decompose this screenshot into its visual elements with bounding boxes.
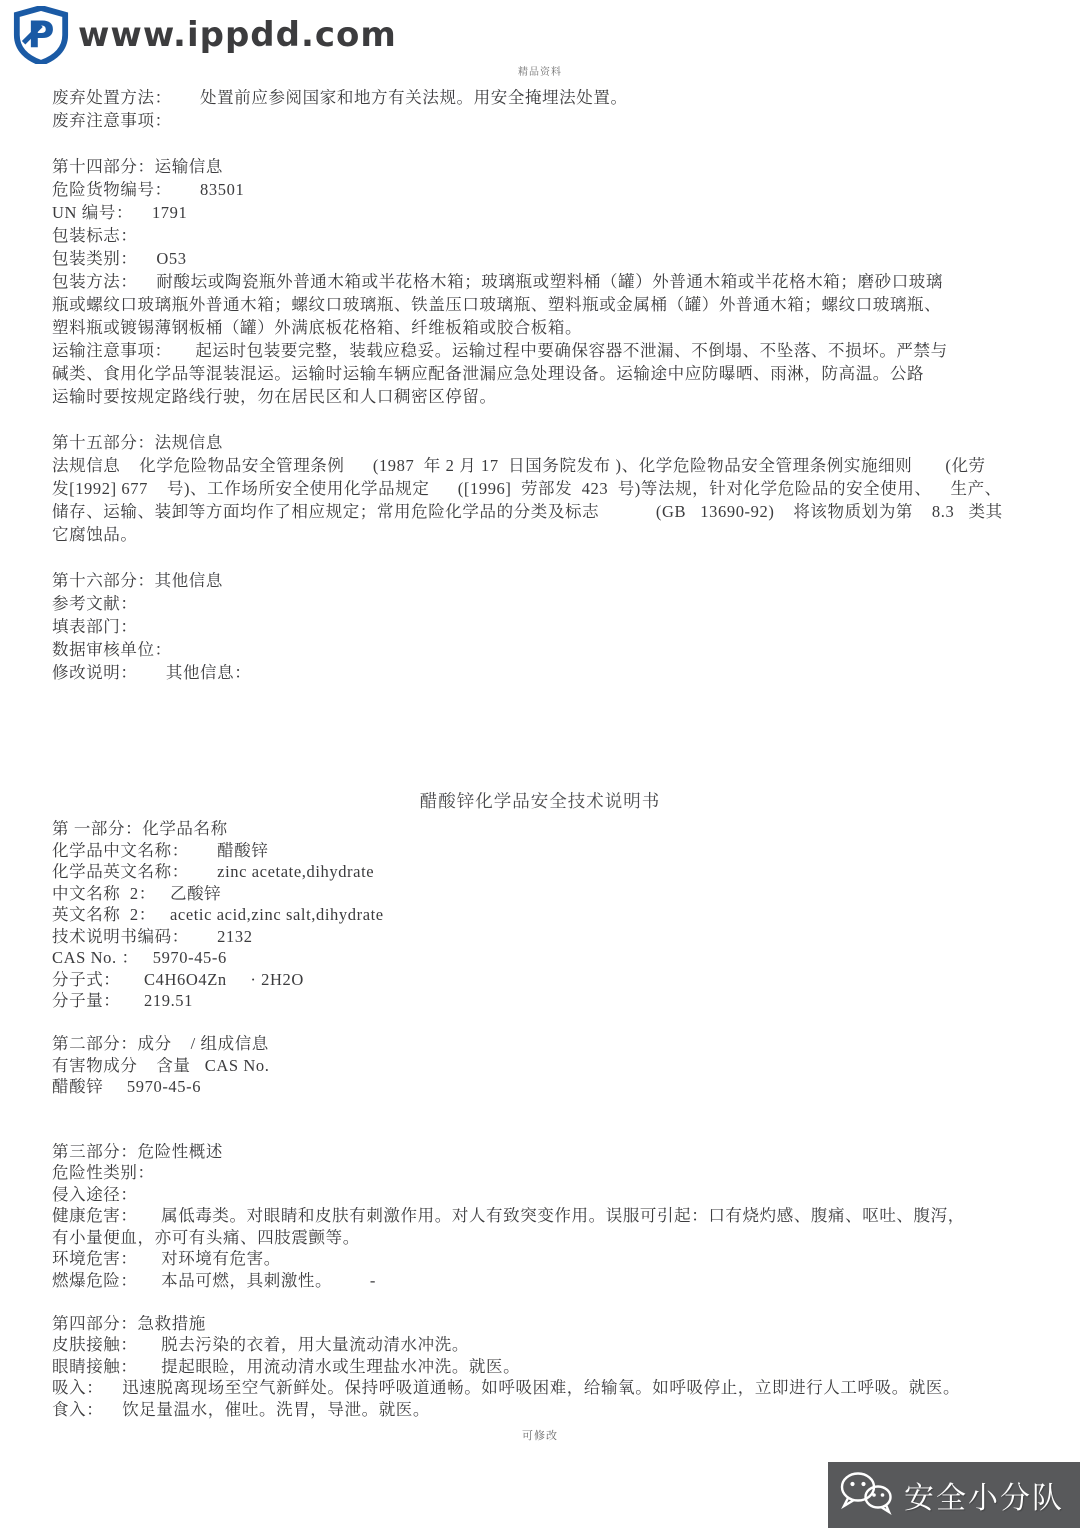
doc-line: 塑料瓶或镀锡薄钢板桶（罐）外满底板花格箱、纤维板箱或胶合板箱。 bbox=[52, 316, 1044, 339]
doc-line: 数据审核单位： bbox=[52, 638, 1044, 661]
doc-line: 参考文献： bbox=[52, 592, 1044, 615]
msds-page1-text: 废弃处置方法： 处置前应参阅国家和地方有关法规。用安全掩埋法处置。废弃注意事项：… bbox=[52, 86, 1044, 684]
site-logo: P www.ippdd.com bbox=[12, 6, 397, 64]
doc-line: 眼睛接触： 提起眼睑，用流动清水或生理盐水冲洗。就医。 bbox=[52, 1356, 1044, 1378]
doc-line bbox=[52, 1098, 1044, 1120]
doc-line: 运输时要按规定路线行驶，勿在居民区和人口稠密区停留。 bbox=[52, 385, 1044, 408]
doc-line: 第二部分：成分 / 组成信息 bbox=[52, 1033, 1044, 1055]
doc-line: 吸入： 迅速脱离现场至空气新鲜处。保持呼吸道通畅。如呼吸困难，给输氧。如呼吸停止… bbox=[52, 1377, 1044, 1399]
doc-line: 第三部分：危险性概述 bbox=[52, 1141, 1044, 1163]
wechat-badge: 安全小分队 bbox=[828, 1462, 1080, 1528]
doc-line: 第四部分：急救措施 bbox=[52, 1313, 1044, 1335]
doc-line bbox=[52, 1012, 1044, 1034]
doc-line: 分子量： 219.51 bbox=[52, 990, 1044, 1012]
watermark-editable: 可修改 bbox=[0, 1427, 1080, 1443]
doc-line: 发[1992] 677 号)、工作场所安全使用化学品规定 ([1996] 劳部发… bbox=[52, 477, 1044, 500]
doc-line: 有害物成分 含量 CAS No. bbox=[52, 1055, 1044, 1077]
doc-line: 第十四部分：运输信息 bbox=[52, 155, 1044, 178]
doc-line bbox=[52, 1291, 1044, 1313]
doc-line: 碱类、食用化学品等混装混运。运输时运输车辆应配备泄漏应急处理设备。运输途中应防曝… bbox=[52, 362, 1044, 385]
doc-line bbox=[52, 1119, 1044, 1141]
doc-line: 储存、运输、装卸等方面均作了相应规定；常用危险化学品的分类及标志 (GB 136… bbox=[52, 500, 1044, 523]
shield-p-logo-icon: P bbox=[12, 6, 70, 64]
doc-line: 废弃处置方法： 处置前应参阅国家和地方有关法规。用安全掩埋法处置。 bbox=[52, 86, 1044, 109]
doc-line bbox=[52, 546, 1044, 569]
doc-line: 英文名称 2： acetic acid,zinc salt,dihydrate bbox=[52, 904, 1044, 926]
doc-line: 食入： 饮足量温水，催吐。洗胃，导泄。就医。 bbox=[52, 1399, 1044, 1421]
wechat-icon bbox=[838, 1470, 894, 1521]
doc-line bbox=[52, 132, 1044, 155]
doc-line: 第十五部分：法规信息 bbox=[52, 431, 1044, 454]
doc-line: 化学品中文名称： 醋酸锌 bbox=[52, 840, 1044, 862]
doc-line: 第十六部分：其他信息 bbox=[52, 569, 1044, 592]
doc-line: 中文名称 2： 乙酸锌 bbox=[52, 883, 1044, 905]
doc-line: UN 编号： 1791 bbox=[52, 201, 1044, 224]
doc-line: 包装方法： 耐酸坛或陶瓷瓶外普通木箱或半花格木箱；玻璃瓶或塑料桶（罐）外普通木箱… bbox=[52, 270, 1044, 293]
doc-line: 分子式： C4H6O4Zn · 2H2O bbox=[52, 969, 1044, 991]
doc-line: 危险货物编号： 83501 bbox=[52, 178, 1044, 201]
doc-line: 化学品英文名称： zinc acetate,dihydrate bbox=[52, 861, 1044, 883]
doc-line: 运输注意事项： 起运时包装要完整，装载应稳妥。运输过程中要确保容器不泄漏、不倒塌… bbox=[52, 339, 1044, 362]
doc-line: 侵入途径： bbox=[52, 1184, 1044, 1206]
watermark-top: 精品资料 bbox=[0, 63, 1080, 78]
doc-line: 环境危害： 对环境有危害。 bbox=[52, 1248, 1044, 1270]
doc-line: CAS No. ： 5970-45-6 bbox=[52, 947, 1044, 969]
doc-line: 第 一部分：化学品名称 bbox=[52, 818, 1044, 840]
document-title: 醋酸锌化学品安全技术说明书 bbox=[0, 788, 1080, 813]
badge-text: 安全小分队 bbox=[904, 1473, 1064, 1517]
doc-line: 修改说明： 其他信息： bbox=[52, 661, 1044, 684]
doc-line: 法规信息 化学危险物品安全管理条例 (1987 年 2 月 17 日国务院发布 … bbox=[52, 454, 1044, 477]
doc-line: 皮肤接触： 脱去污染的衣着，用大量流动清水冲洗。 bbox=[52, 1334, 1044, 1356]
doc-line: 技术说明书编码： 2132 bbox=[52, 926, 1044, 948]
document-page: P www.ippdd.com 精品资料 废弃处置方法： 处置前应参阅国家和地方… bbox=[0, 0, 1080, 1528]
doc-line: 瓶或螺纹口玻璃瓶外普通木箱；螺纹口玻璃瓶、铁盖压口玻璃瓶、塑料瓶或金属桶（罐）外… bbox=[52, 293, 1044, 316]
doc-line: 废弃注意事项： bbox=[52, 109, 1044, 132]
doc-line: 燃爆危险： 本品可燃，具刺激性。 - bbox=[52, 1270, 1044, 1292]
msds-page2-text: 第 一部分：化学品名称化学品中文名称： 醋酸锌化学品英文名称： zinc ace… bbox=[52, 818, 1044, 1420]
doc-line: 健康危害： 属低毒类。对眼睛和皮肤有刺激作用。对人有致突变作用。误服可引起：口有… bbox=[52, 1205, 1044, 1227]
doc-line: 它腐蚀品。 bbox=[52, 523, 1044, 546]
doc-line: 包装标志： bbox=[52, 224, 1044, 247]
doc-line bbox=[52, 408, 1044, 431]
doc-line: 填表部门： bbox=[52, 615, 1044, 638]
doc-line: 包装类别： O53 bbox=[52, 247, 1044, 270]
site-url: www.ippdd.com bbox=[78, 15, 397, 55]
doc-line: 有小量便血，亦可有头痛、四肢震颤等。 bbox=[52, 1227, 1044, 1249]
doc-line: 醋酸锌 5970-45-6 bbox=[52, 1076, 1044, 1098]
doc-line: 危险性类别： bbox=[52, 1162, 1044, 1184]
